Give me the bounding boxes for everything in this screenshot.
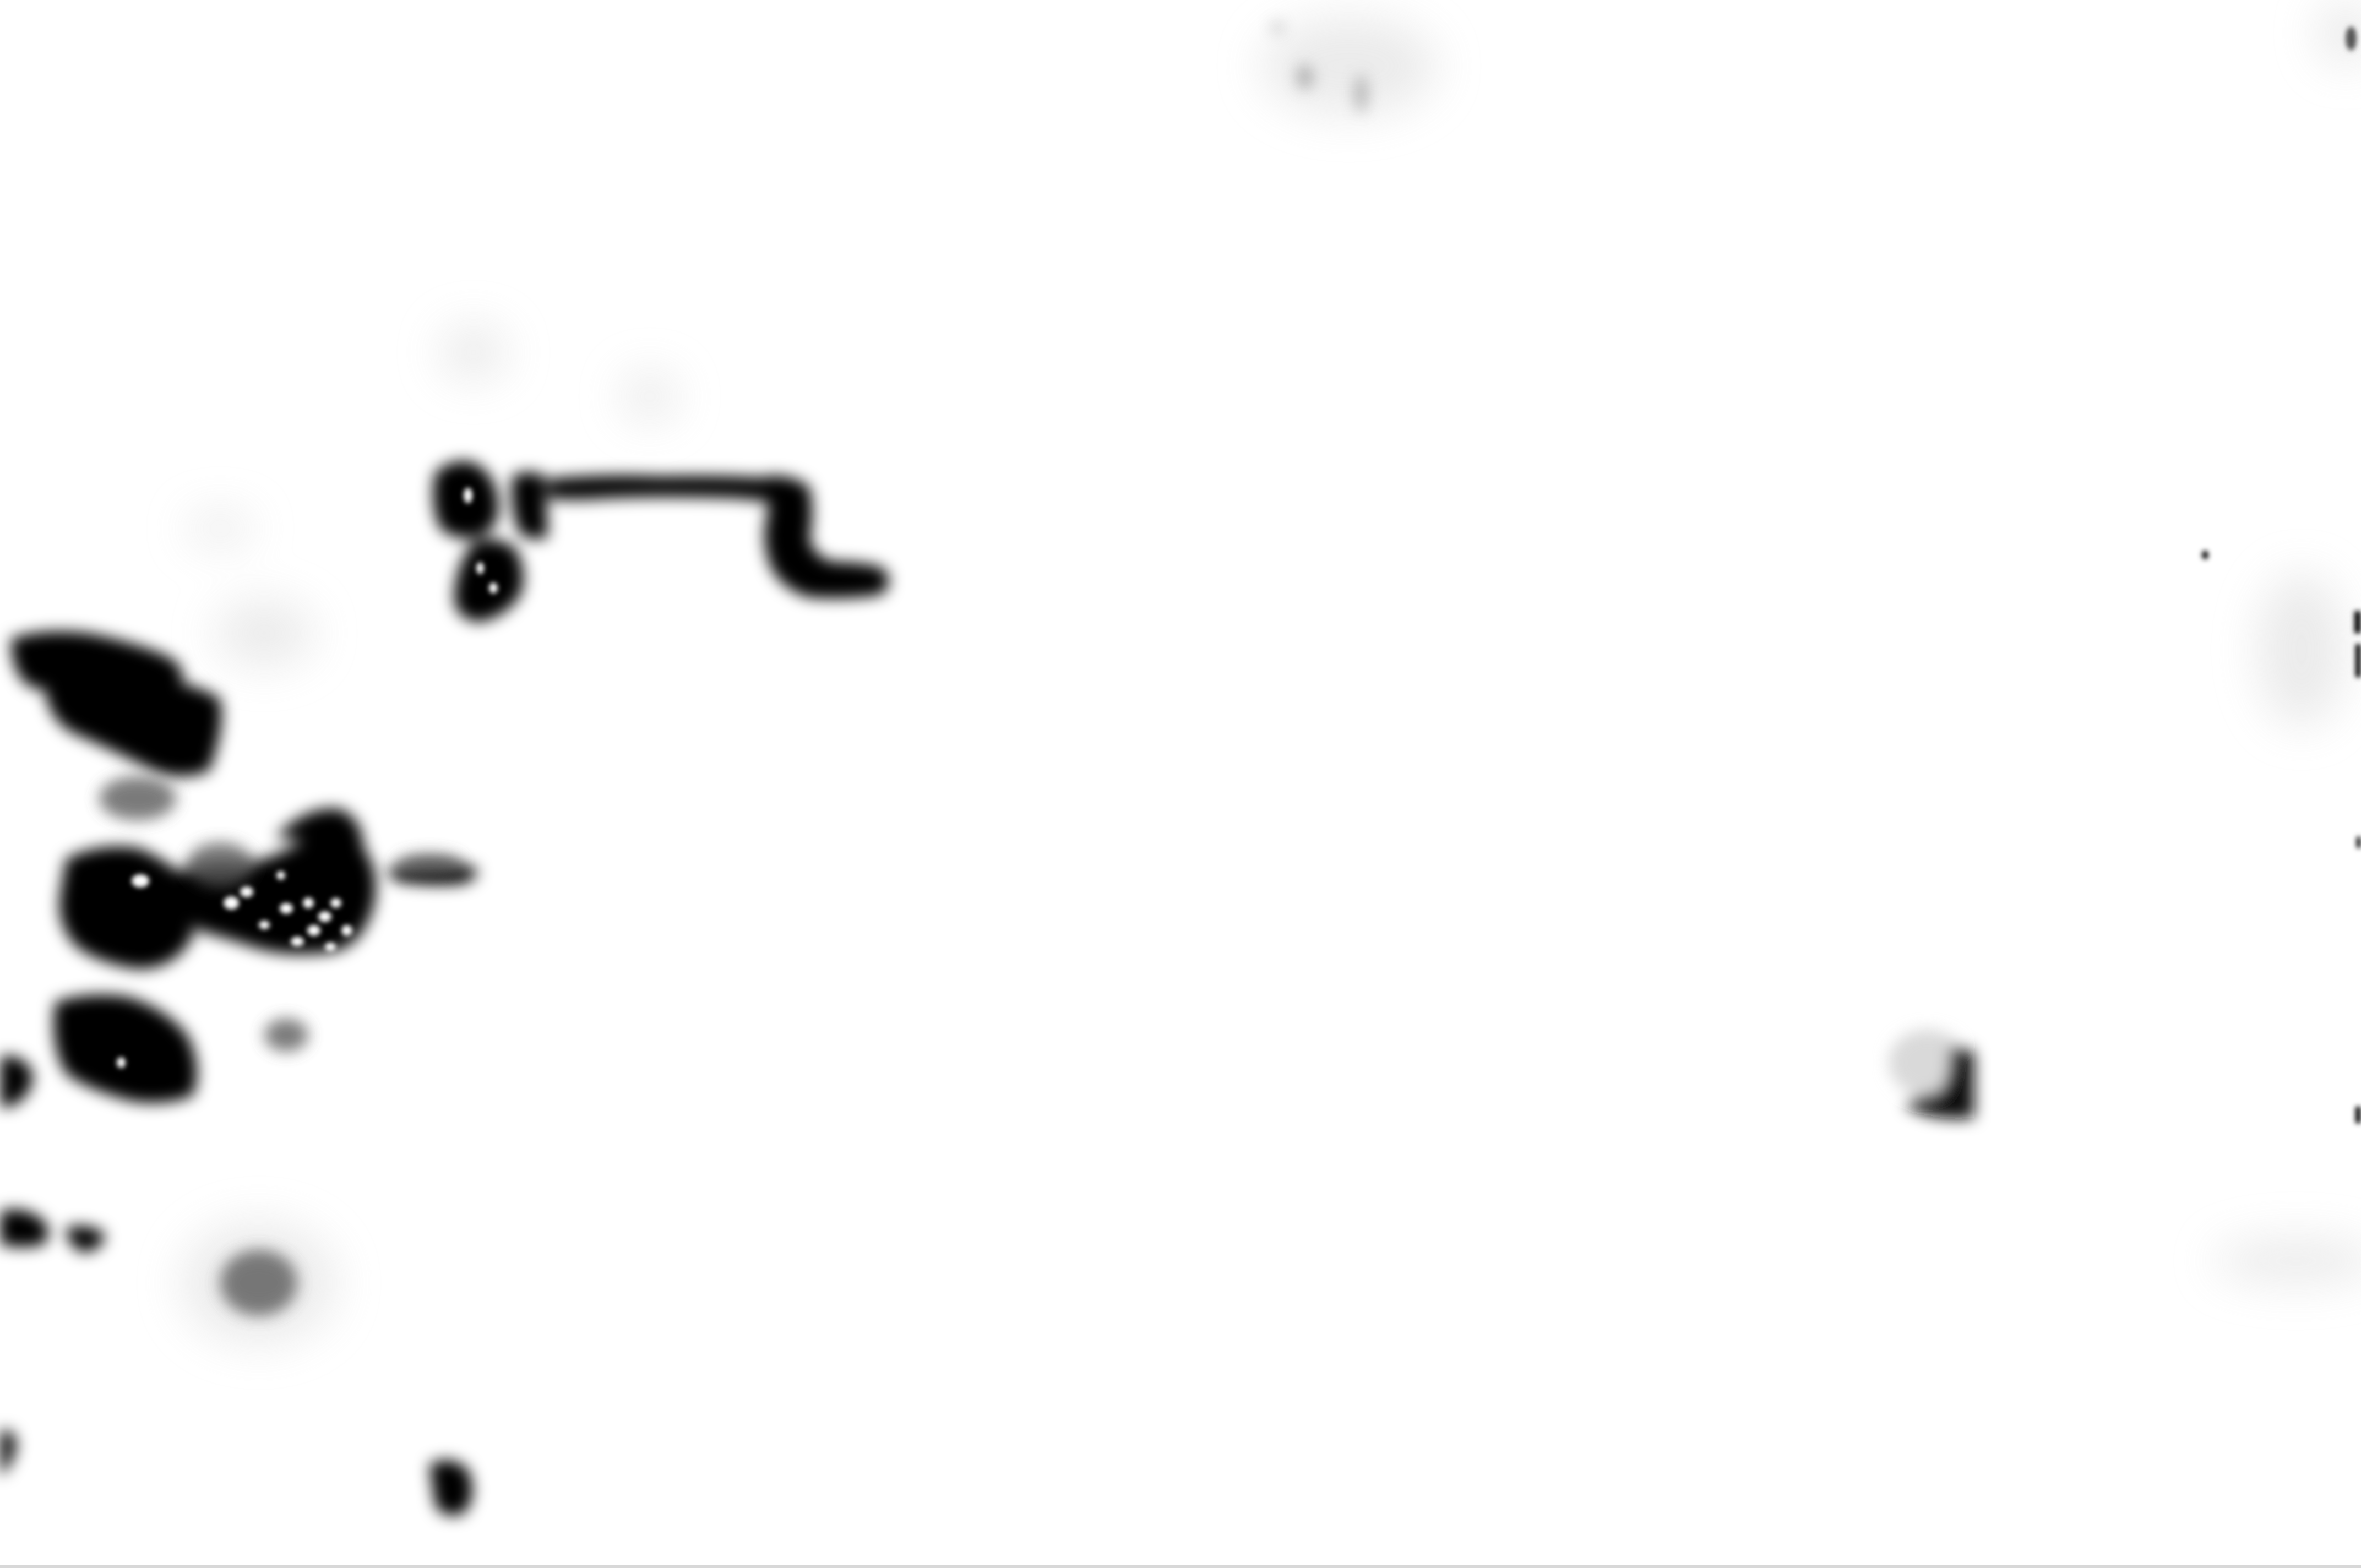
photo-canvas — [0, 0, 2361, 1568]
snow-field — [0, 0, 2361, 1568]
bottom-edge-line — [0, 1565, 2361, 1568]
